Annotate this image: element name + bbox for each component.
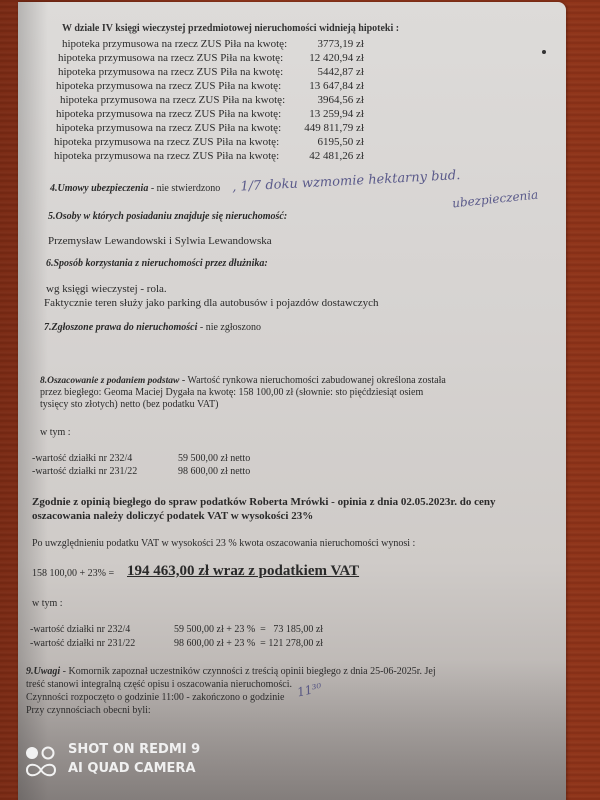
section-8-line3: tysięcy sto złotych) netto (bez podatku … [40, 398, 218, 411]
photo-shadow [18, 660, 566, 800]
section-7: 7.Zgłoszone prawa do nieruchomości - nie… [44, 321, 261, 334]
parcel-vat-label: -wartość działki nr 232/4 [30, 623, 130, 636]
section-8-text: - Wartość rynkowa nieruchomości zabudowa… [179, 375, 445, 386]
mortgage-row: hipoteka przymusowa na rzecz ZUS Piła na… [54, 136, 364, 148]
parcel-value: 98 600,00 zł netto [178, 465, 250, 478]
mortgage-label: hipoteka przymusowa na rzecz ZUS Piła na… [56, 108, 281, 120]
section-8-wtym: w tym : [40, 426, 71, 439]
section-6-line2: Faktycznie teren służy jako parking dla … [44, 297, 379, 310]
mortgage-row: hipoteka przymusowa na rzecz ZUS Piła na… [54, 150, 364, 162]
section-4-text: - nie stwierdzono [148, 183, 220, 194]
mortgage-amount: 3964,56 zł [318, 94, 364, 106]
vat-note-line2: oszacowania należy doliczyć podatek VAT … [32, 510, 313, 523]
mortgage-amount: 12 420,94 zł [309, 52, 364, 64]
parcel-label: -wartość działki nr 232/4 [32, 452, 132, 465]
section-4: 4.Umowy ubezpieczenia - nie stwierdzono [50, 182, 220, 195]
mortgage-row: hipoteka przymusowa na rzecz ZUS Piła na… [56, 122, 364, 134]
parcel-label: -wartość działki nr 231/22 [32, 465, 137, 478]
mortgage-label: hipoteka przymusowa na rzecz ZUS Piła na… [56, 122, 281, 134]
section-7-heading: 7.Zgłoszone prawa do nieruchomości [44, 322, 197, 333]
mortgage-label: hipoteka przymusowa na rzecz ZUS Piła na… [54, 150, 279, 162]
mortgage-label: hipoteka przymusowa na rzecz ZUS Piła na… [58, 66, 283, 78]
vat-calc-wtym: w tym : [32, 597, 63, 610]
watermark-line1: SHOT ON REDMI 9 [68, 740, 200, 759]
mortgage-amount: 5442,87 zł [318, 66, 364, 78]
section-5-text: Przemysław Lewandowski i Sylwia Lewandow… [48, 235, 272, 248]
mortgage-amount: 6195,50 zł [318, 136, 364, 148]
camera-lens-logo-icon [24, 744, 58, 778]
parcel-value: 59 500,00 zł netto [178, 452, 250, 465]
vat-calc-formula: 158 100,00 + 23% = [32, 567, 114, 580]
mortgage-row: hipoteka przymusowa na rzecz ZUS Piła na… [58, 66, 364, 78]
mortgage-amount: 449 811,79 zł [304, 122, 364, 134]
mortgage-label: hipoteka przymusowa na rzecz ZUS Piła na… [58, 52, 283, 64]
parcel-vat-value: 98 600,00 zł + 23 % = 121 278,00 zł [174, 637, 323, 650]
parcel-vat-value: 59 500,00 zł + 23 % = 73 185,00 zł [174, 623, 323, 636]
mortgage-row: hipoteka przymusowa na rzecz ZUS Piła na… [56, 108, 364, 120]
vat-calc-total: 194 463,00 zł wraz z podatkiem VAT [127, 562, 359, 580]
mortgage-row: hipoteka przymusowa na rzecz ZUS Piła na… [58, 52, 364, 64]
camera-watermark: SHOT ON REDMI 9 AI QUAD CAMERA [68, 740, 200, 778]
mortgage-amount: 42 481,26 zł [309, 150, 364, 162]
paper-speck [542, 50, 546, 54]
vat-note-line1: Zgodnie z opinią biegłego do spraw podat… [32, 496, 495, 509]
mortgage-amount: 13 647,84 zł [309, 80, 364, 92]
section-5-heading: 5.Osoby w których posiadaniu znajduje si… [48, 210, 287, 223]
parcel-vat-label: -wartość działki nr 231/22 [30, 637, 135, 650]
vat-calc-intro: Po uwzględnieniu podatku VAT w wysokości… [32, 537, 415, 550]
mortgage-label: hipoteka przymusowa na rzecz ZUS Piła na… [56, 80, 281, 92]
mortgage-amount: 13 259,94 zł [309, 108, 364, 120]
mortgage-label: hipoteka przymusowa na rzecz ZUS Piła na… [60, 94, 285, 106]
mortgage-label: hipoteka przymusowa na rzecz ZUS Piła na… [54, 136, 279, 148]
section-7-text: - nie zgłoszono [197, 322, 261, 333]
section-8-heading: 8.Oszacowanie z podaniem podstaw [40, 376, 179, 386]
section-6-line1: wg księgi wieczystej - rola. [46, 283, 167, 296]
mortgage-label: hipoteka przymusowa na rzecz ZUS Piła na… [62, 38, 287, 50]
mortgage-amount: 3773,19 zł [318, 38, 364, 50]
mortgage-intro: W dziale IV księgi wieczystej przedmioto… [62, 22, 399, 35]
mortgage-row: hipoteka przymusowa na rzecz ZUS Piła na… [60, 94, 364, 106]
section-6-heading: 6.Sposób korzystania z nieruchomości prz… [46, 257, 268, 270]
section-4-heading: 4.Umowy ubezpieczenia [50, 183, 148, 194]
mortgage-row: hipoteka przymusowa na rzecz ZUS Piła na… [62, 38, 364, 50]
watermark-line2: AI QUAD CAMERA [68, 759, 200, 778]
mortgage-row: hipoteka przymusowa na rzecz ZUS Piła na… [56, 80, 364, 92]
